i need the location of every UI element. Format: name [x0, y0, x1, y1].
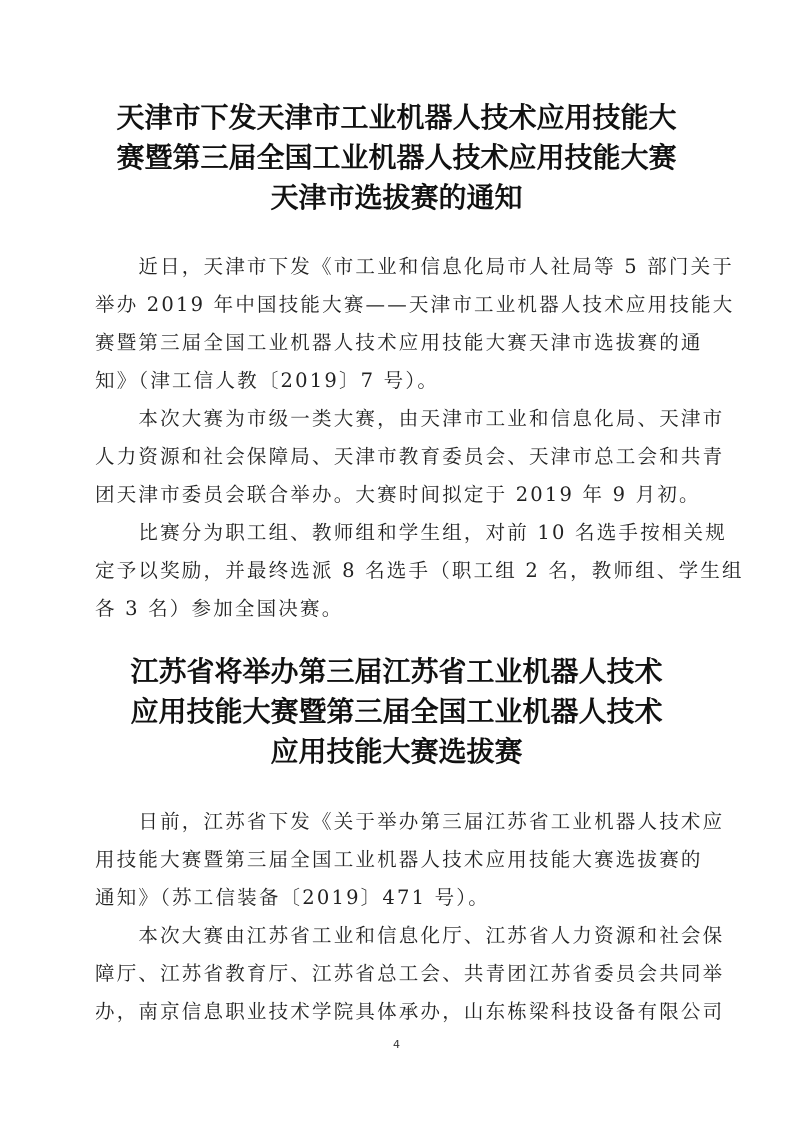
title-line: 应用技能大赛暨第三届全国工业机器人技术 [60, 692, 733, 732]
text-line: 近日，天津市下发《市工业和信息化局市人社局等 5 部门关于 [95, 248, 715, 286]
text-line: 日前，江苏省下发《关于举办第三届江苏省工业机器人技术应 [95, 803, 715, 841]
text-line: 知》（津工信人教〔2019〕7 号）。 [95, 362, 715, 400]
text-line: 办，南京信息职业技术学院具体承办，山东栋梁科技设备有限公司 [95, 993, 715, 1031]
text-line: 团天津市委员会联合举办。大赛时间拟定于 2019 年 9 月初。 [95, 476, 715, 514]
title-line: 应用技能大赛选拔赛 [60, 732, 733, 772]
text-line: 各 3 名）参加全国决赛。 [95, 590, 715, 628]
text-line: 本次大赛由江苏省工业和信息化厅、江苏省人力资源和社会保 [95, 917, 715, 955]
document-page: 天津市下发天津市工业机器人技术应用技能大 赛暨第三届全国工业机器人技术应用技能大… [0, 0, 793, 1122]
text-line: 本次大赛为市级一类大赛，由天津市工业和信息化局、天津市 [95, 400, 715, 438]
article-title-tianjin: 天津市下发天津市工业机器人技术应用技能大 赛暨第三届全国工业机器人技术应用技能大… [60, 98, 733, 218]
text-line: 通知》（苏工信装备〔2019〕471 号）。 [95, 879, 715, 917]
text-line: 比赛分为职工组、教师组和学生组，对前 10 名选手按相关规 [95, 514, 715, 552]
title-line: 江苏省将举办第三届江苏省工业机器人技术 [60, 652, 733, 692]
title-line: 天津市下发天津市工业机器人技术应用技能大 [60, 98, 733, 138]
text-line: 用技能大赛暨第三届全国工业机器人技术应用技能大赛选拔赛的 [95, 841, 715, 879]
text-line: 举办 2019 年中国技能大赛——天津市工业机器人技术应用技能大 [95, 286, 715, 324]
title-line: 赛暨第三届全国工业机器人技术应用技能大赛 [60, 138, 733, 178]
text-line: 赛暨第三届全国工业机器人技术应用技能大赛天津市选拔赛的通 [95, 324, 715, 362]
text-line: 人力资源和社会保障局、天津市教育委员会、天津市总工会和共青 [95, 438, 715, 476]
paragraph-tianjin-2: 本次大赛为市级一类大赛，由天津市工业和信息化局、天津市 人力资源和社会保障局、天… [95, 400, 715, 514]
paragraph-tianjin-1: 近日，天津市下发《市工业和信息化局市人社局等 5 部门关于 举办 2019 年中… [95, 248, 715, 400]
text-line: 定予以奖励，并最终选派 8 名选手（职工组 2 名，教师组、学生组 [95, 552, 715, 590]
paragraph-jiangsu-1: 日前，江苏省下发《关于举办第三届江苏省工业机器人技术应 用技能大赛暨第三届全国工… [95, 803, 715, 917]
paragraph-tianjin-3: 比赛分为职工组、教师组和学生组，对前 10 名选手按相关规 定予以奖励，并最终选… [95, 514, 715, 628]
title-line: 天津市选拔赛的通知 [60, 178, 733, 218]
page-number: 4 [0, 1038, 793, 1051]
text-line: 障厅、江苏省教育厅、江苏省总工会、共青团江苏省委员会共同举 [95, 955, 715, 993]
article-title-jiangsu: 江苏省将举办第三届江苏省工业机器人技术 应用技能大赛暨第三届全国工业机器人技术 … [60, 652, 733, 772]
paragraph-jiangsu-2: 本次大赛由江苏省工业和信息化厅、江苏省人力资源和社会保 障厅、江苏省教育厅、江苏… [95, 917, 715, 1031]
